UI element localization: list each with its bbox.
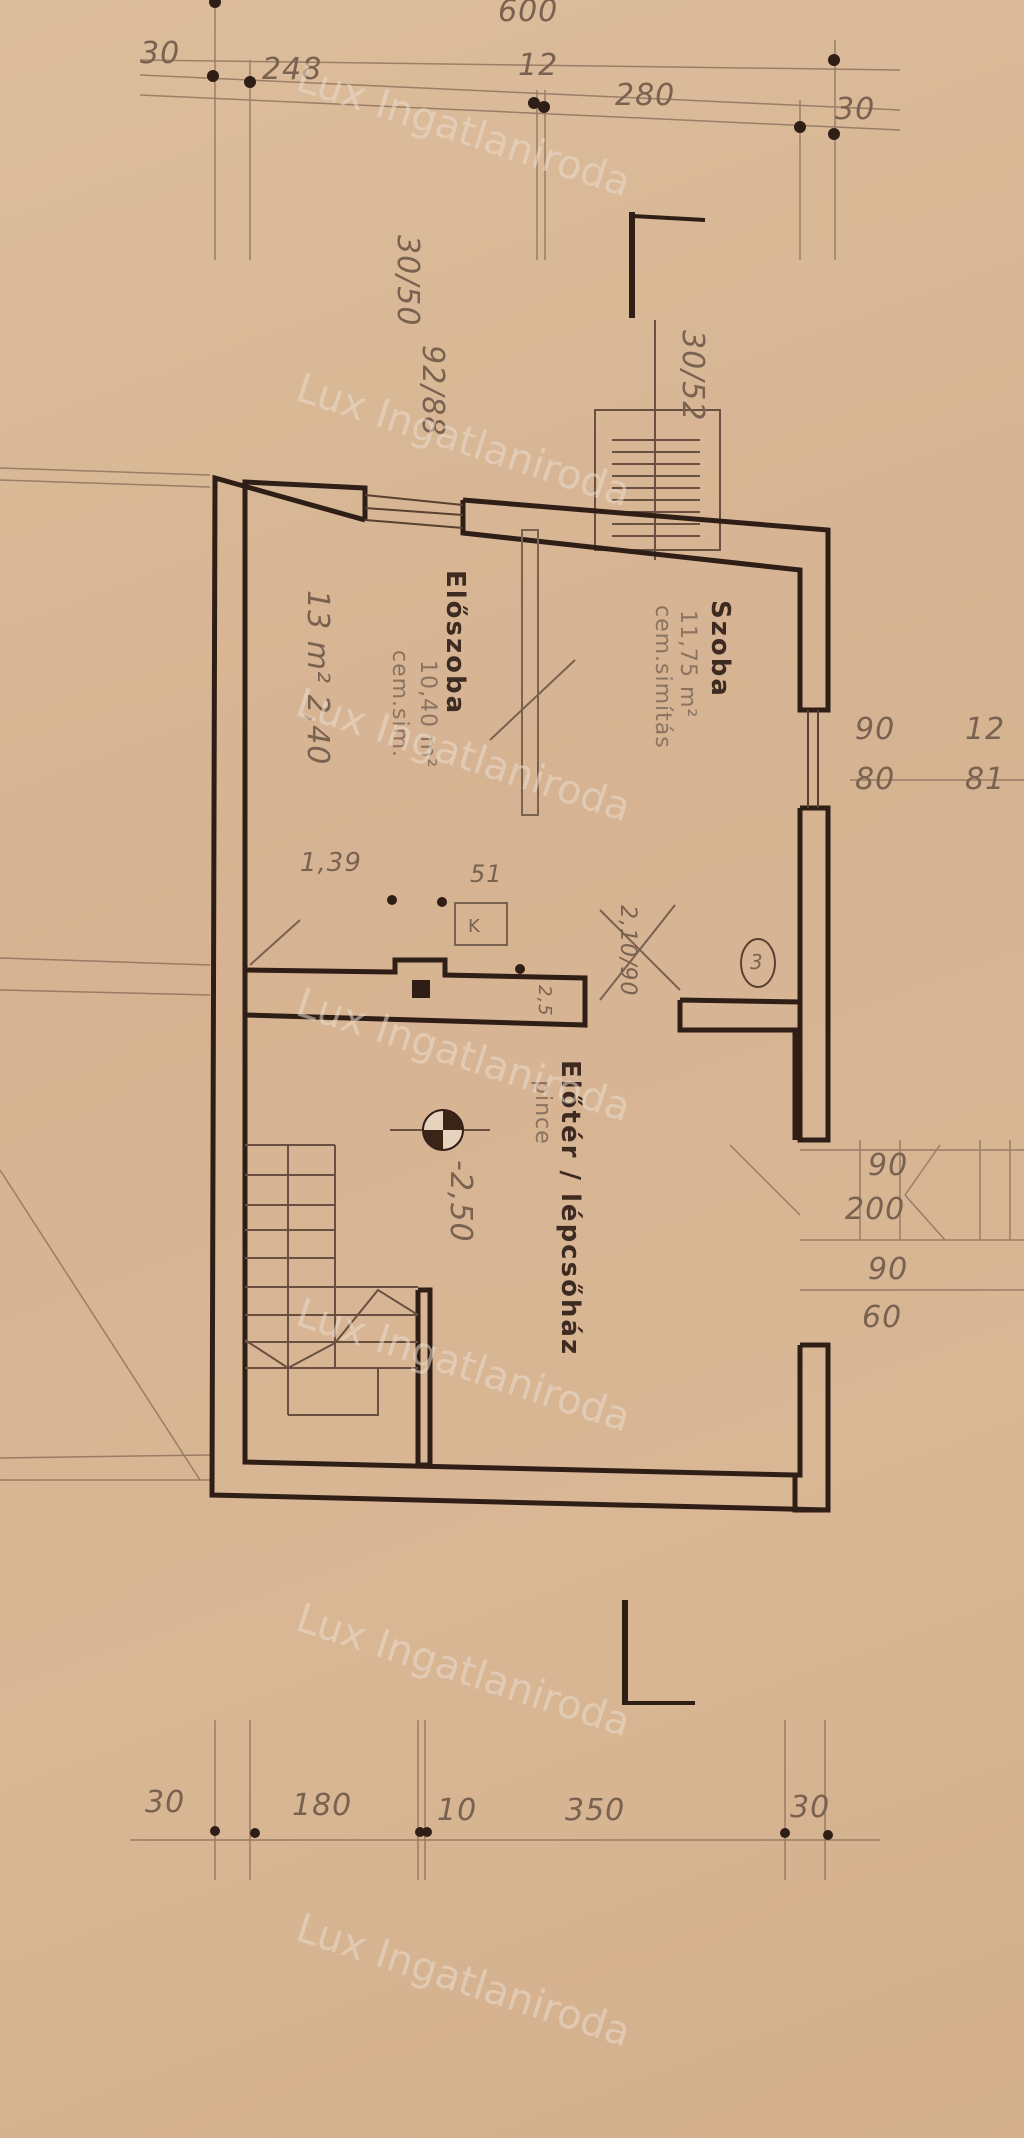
dim-51: 51 [470, 860, 503, 888]
interior-stair [245, 1145, 418, 1415]
dim-door-d: 60 [862, 1300, 902, 1335]
dim-top-5: 30 [835, 92, 875, 127]
room-note-szoba: cem.simítás [650, 605, 675, 749]
dim-right-window-top-b: 12 [965, 712, 1005, 747]
dim-top-4: 280 [615, 78, 675, 113]
room-label-eloszoba: Előszoba [440, 570, 470, 715]
window-right [808, 710, 818, 808]
dim-right-window-bottom-b: 81 [965, 762, 1005, 797]
window-top [365, 495, 463, 528]
dim-bottom-2: 180 [292, 1788, 352, 1823]
dim-right-window-top: 90 [855, 712, 895, 747]
dim-door-b: 200 [845, 1192, 905, 1227]
dim-top-3: 12 [518, 48, 558, 83]
dim-right-window-bottom: 80 [855, 762, 895, 797]
dim-door-a: 90 [868, 1148, 908, 1183]
level-marker-value: -2,50 [443, 1160, 478, 1243]
dim-bottom-3: 10 [437, 1793, 477, 1828]
level-marker-icon [390, 1110, 490, 1150]
dimension-dots [207, 0, 840, 1840]
room-number: 3 [750, 950, 764, 974]
small-dim: 2,5 [534, 985, 555, 1017]
svg-text:K: K [468, 916, 481, 937]
dim-top-1: 30 [140, 36, 180, 71]
dim-window-left: 30/50 [390, 235, 425, 326]
dim-bottom-1: 30 [145, 1785, 185, 1820]
room-height-note: 13 m² 2,40 [300, 590, 335, 765]
room-label-szoba: Szoba [705, 600, 735, 698]
dim-bottom-5: 30 [790, 1790, 830, 1825]
dim-overall-top: 600 [498, 0, 558, 29]
dim-bottom-4: 350 [565, 1793, 625, 1828]
dim-door-c: 90 [868, 1252, 908, 1287]
crossed-dim: 2,10/90 [615, 905, 640, 996]
room-area-szoba: 11,75 m² [675, 610, 700, 718]
dim-window-right: 30/52 [675, 330, 710, 421]
dim-139: 1,39 [300, 848, 362, 878]
